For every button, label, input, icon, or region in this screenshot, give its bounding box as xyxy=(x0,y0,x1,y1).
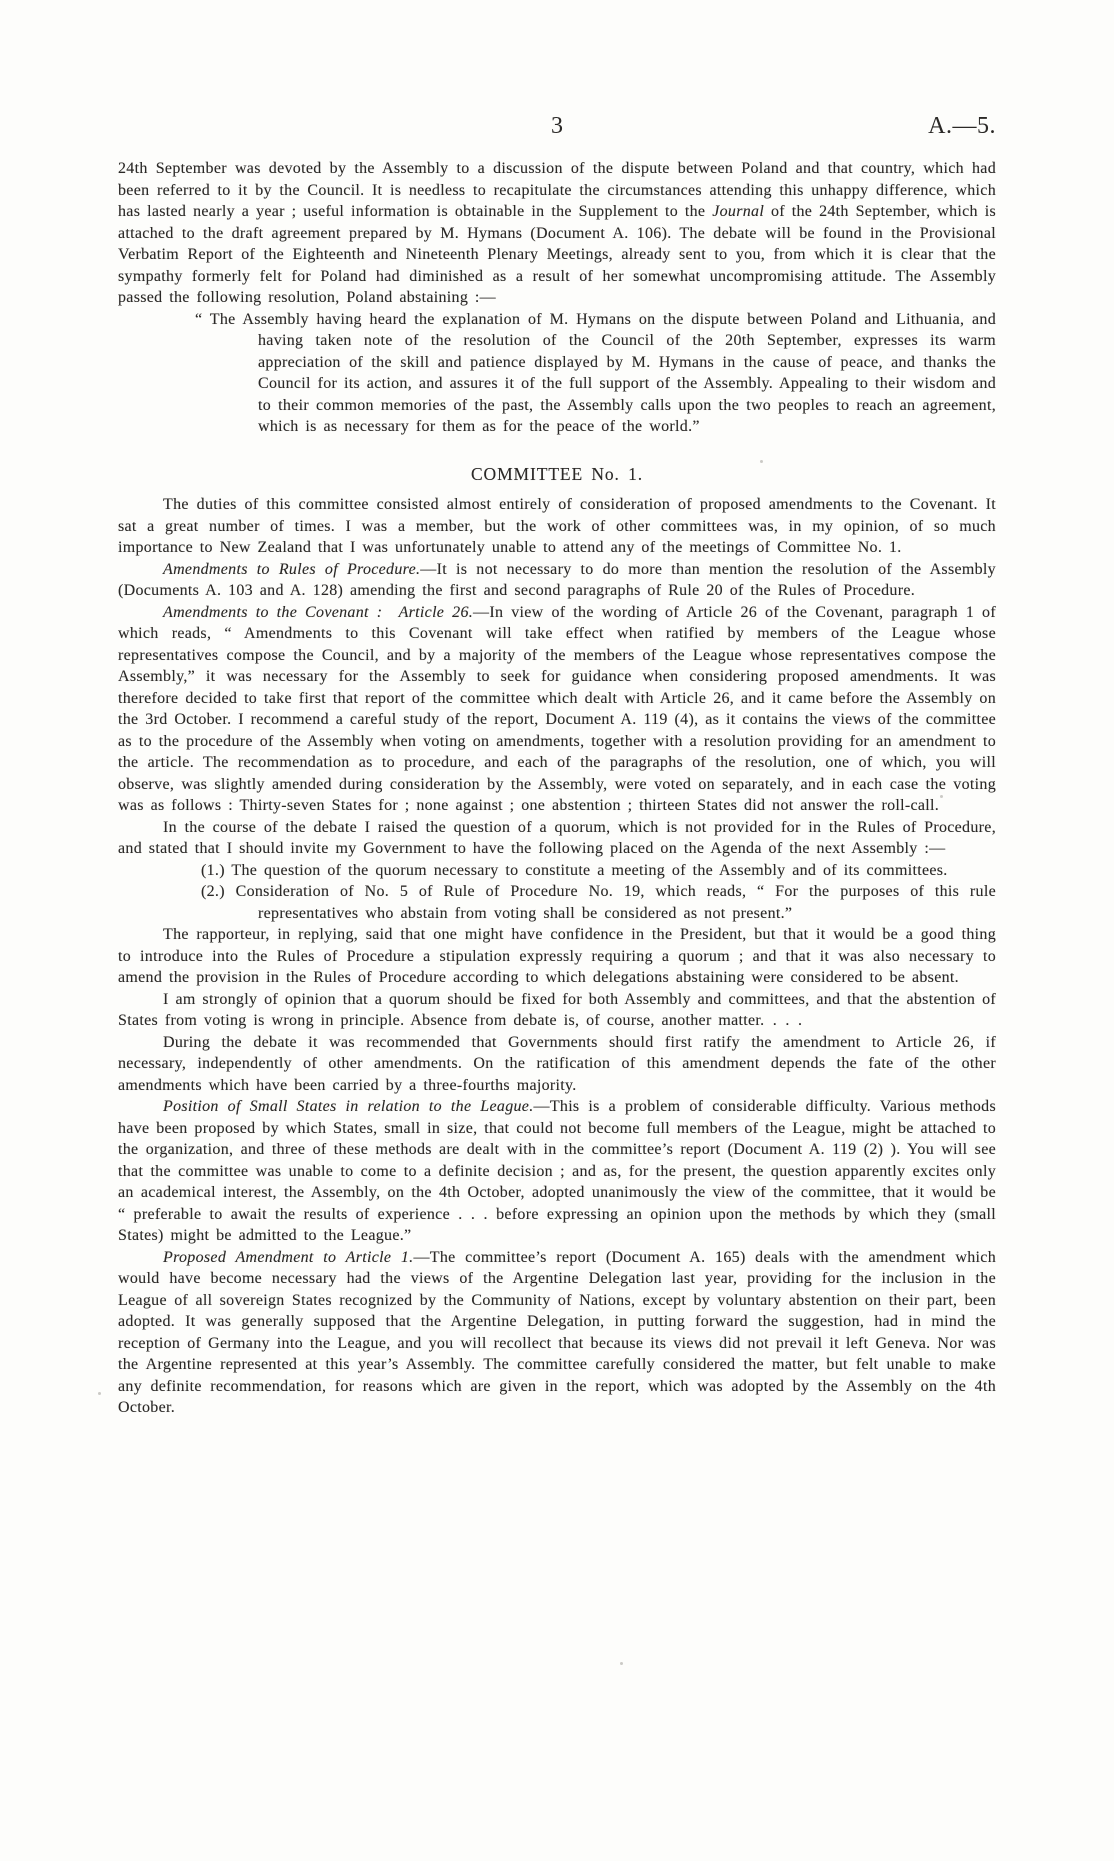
agenda-item-1: (1.) The question of the quorum necessar… xyxy=(258,860,996,882)
paragraph-rapporteur-reply: The rapporteur, in replying, said that o… xyxy=(118,924,996,989)
covenant-article26-lead-italic: Amendments to the Covenant : Article 26. xyxy=(163,604,473,621)
agenda-item-2-marker: (2.) xyxy=(201,883,225,900)
page-header: 3 A.—5. xyxy=(118,112,996,144)
scan-speck xyxy=(98,1392,101,1395)
page-number: 3 xyxy=(118,112,996,140)
paragraph-amendment-article1: Proposed Amendment to Article 1.—The com… xyxy=(118,1247,996,1419)
paragraph-small-states: Position of Small States in relation to … xyxy=(118,1096,996,1247)
paragraph-quorum-opinion: I am strongly of opinion that a quorum s… xyxy=(118,989,996,1032)
paragraph-rules-of-procedure: Amendments to Rules of Procedure.—It is … xyxy=(118,559,996,602)
scan-speck xyxy=(760,460,763,463)
rules-procedure-lead-italic: Amendments to Rules of Procedure. xyxy=(163,561,420,578)
small-states-lead-italic: Position of Small States in relation to … xyxy=(163,1098,534,1115)
paragraph-covenant-article26: Amendments to the Covenant : Article 26.… xyxy=(118,602,996,817)
paragraph-quorum-question: In the course of the debate I raised the… xyxy=(118,817,996,860)
article1-lead-italic: Proposed Amendment to Article 1. xyxy=(163,1249,414,1266)
agenda-item-2-text: Consideration of No. 5 of Rule of Proced… xyxy=(236,883,996,922)
agenda-item-1-text: The question of the quorum necessary to … xyxy=(231,862,947,879)
scan-speck xyxy=(620,1662,623,1665)
paragraph-intro-continuation: 24th September was devoted by the Assemb… xyxy=(118,158,996,309)
journal-italic: Journal xyxy=(712,203,764,220)
scanned-document-page: 3 A.—5. 24th September was devoted by th… xyxy=(0,0,1114,1861)
paragraph-ratification-debate: During the debate it was recommended tha… xyxy=(118,1032,996,1097)
paragraph-committee-duties: The duties of this committee consisted a… xyxy=(118,494,996,559)
resolution-quote: “ The Assembly having heard the explanat… xyxy=(258,309,996,438)
article1-text: —The committee’s report (Document A. 165… xyxy=(118,1249,996,1417)
scan-speck xyxy=(940,795,943,798)
agenda-item-2: (2.) Consideration of No. 5 of Rule of P… xyxy=(258,881,996,924)
section-heading: COMMITTEE No. 1. xyxy=(118,464,996,486)
document-body: 24th September was devoted by the Assemb… xyxy=(118,158,996,1419)
covenant-article26-text: —In view of the wording of Article 26 of… xyxy=(118,604,996,815)
small-states-text: —This is a problem of considerable diffi… xyxy=(118,1098,996,1244)
doc-reference: A.—5. xyxy=(928,112,996,140)
agenda-item-1-marker: (1.) xyxy=(201,862,225,879)
